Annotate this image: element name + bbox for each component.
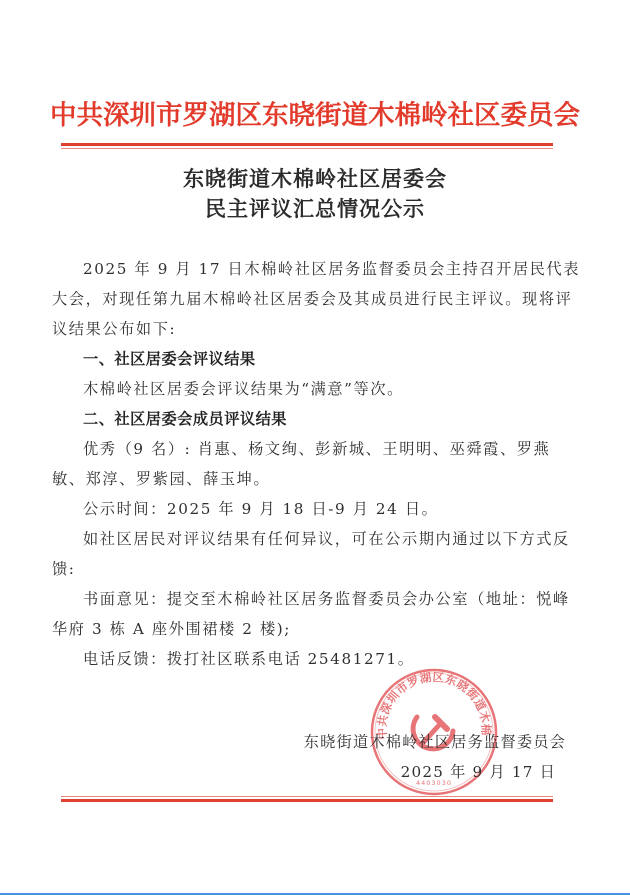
divider-thick-line: [61, 799, 553, 802]
section-1-heading: 一、社区居委会评议结果: [52, 344, 582, 374]
document-page: 中共深圳市罗湖区东晓街道木棉岭社区委员会 东晓街道木棉岭社区居委会 民主评议汇总…: [0, 0, 630, 893]
title-line-1: 东晓街道木棉岭社区居委会: [0, 164, 630, 194]
section-1-text: 木棉岭社区居委会评议结果为“满意”等次。: [52, 374, 582, 404]
intro-paragraph: 2025 年 9 月 17 日木棉岭社区居务监督委员会主持召开居民代表大会，对现…: [52, 254, 582, 344]
signature-block: 东晓街道木棉岭社区居务监督委员会 2025 年 9 月 17 日: [304, 727, 566, 787]
written-feedback: 书面意见：提交至木棉岭社区居务监督委员会办公室（地址：悦峰华府 3 栋 A 座外…: [52, 584, 582, 644]
organization-header: 中共深圳市罗湖区东晓街道木棉岭社区委员会: [0, 99, 630, 133]
header-divider: [61, 143, 553, 149]
issuer-name: 东晓街道木棉岭社区居务监督委员会: [304, 727, 566, 757]
issue-date: 2025 年 9 月 17 日: [401, 763, 556, 781]
section-2-text: 优秀（9 名）: 肖惠、杨文绚、彭新城、王明明、巫舜霞、罗燕敏、郑淳、罗紫园、薛…: [52, 434, 582, 494]
phone-feedback: 电话反馈：拨打社区联系电话 25481271。: [52, 644, 582, 674]
document-title: 东晓街道木棉岭社区居委会 民主评议汇总情况公示: [0, 164, 630, 224]
footer-divider: [61, 796, 553, 802]
section-2-heading: 二、社区居委会成员评议结果: [52, 404, 582, 434]
title-line-2: 民主评议汇总情况公示: [0, 194, 630, 224]
publicity-period: 公示时间：2025 年 9 月 18 日-9 月 24 日。: [52, 494, 582, 524]
divider-thin-line: [61, 148, 553, 149]
document-body: 2025 年 9 月 17 日木棉岭社区居务监督委员会主持召开居民代表大会，对现…: [52, 254, 582, 674]
objection-paragraph: 如社区居民对评议结果有任何异议，可在公示期内通过以下方式反馈:: [52, 524, 582, 584]
